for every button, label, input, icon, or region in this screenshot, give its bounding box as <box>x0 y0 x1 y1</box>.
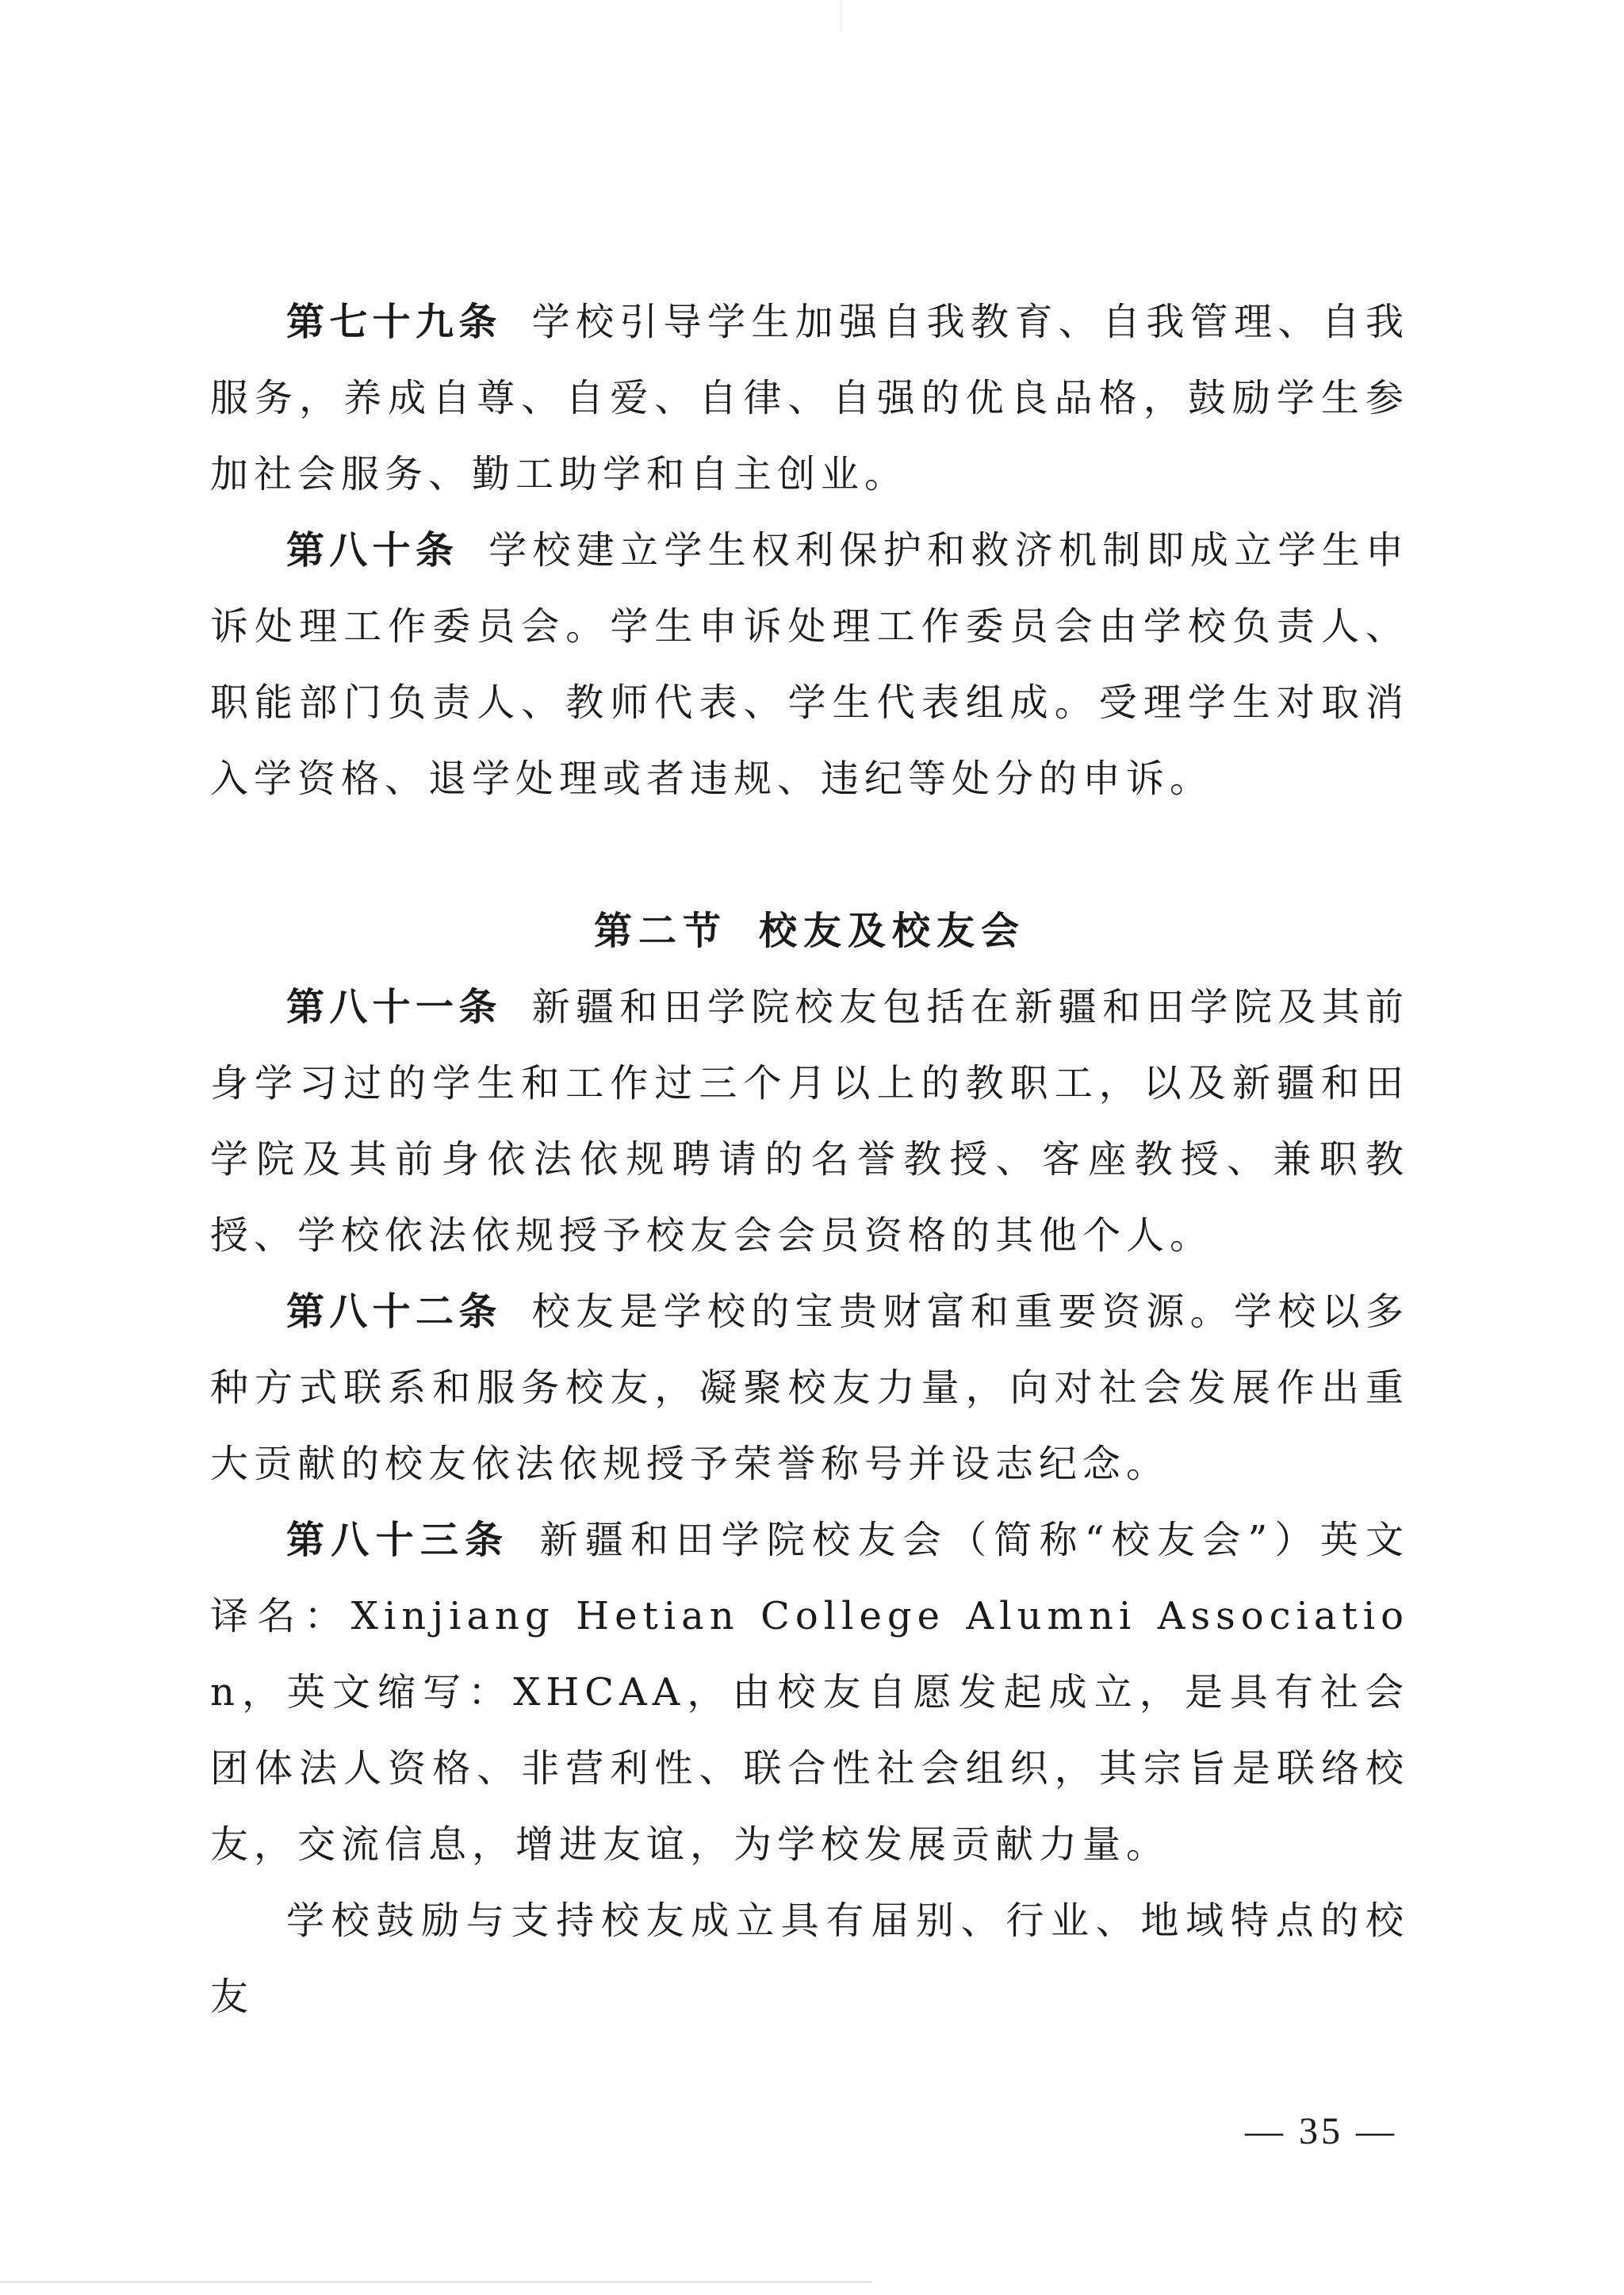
article-number: 第八十二条 <box>286 1289 502 1334</box>
article-81: 第八十一条新疆和田学院校友包括在新疆和田学院及其前身学习过的学生和工作过三个月以… <box>210 969 1409 1274</box>
article-number: 第八十条 <box>286 528 458 573</box>
document-page: 第七十九条学校引导学生加强自我教育、自我管理、自我服务，养成自尊、自爱、自律、自… <box>210 284 1409 2035</box>
paragraph-text: 学校鼓励与支持校友成立具有届别、行业、地域特点的校友 <box>210 1898 1409 2019</box>
article-83: 第八十三条新疆和田学院校友会（简称“校友会”）英文译名：Xinjiang Het… <box>210 1502 1409 1883</box>
article-number: 第八十一条 <box>286 985 502 1029</box>
article-80: 第八十条学校建立学生权利保护和救济机制即成立学生申诉处理工作委员会。学生申诉处理… <box>210 512 1409 817</box>
article-number: 第八十三条 <box>286 1518 509 1562</box>
scan-artifact-line <box>0 2281 872 2283</box>
section-number: 第二节 <box>594 909 727 953</box>
scan-artifact <box>841 0 842 32</box>
article-82: 第八十二条校友是学校的宝贵财富和重要资源。学校以多种方式联系和服务校友，凝聚校友… <box>210 1274 1409 1502</box>
page-number: — 35 — <box>1245 2109 1397 2153</box>
continuation-paragraph: 学校鼓励与支持校友成立具有届别、行业、地域特点的校友 <box>210 1883 1409 2035</box>
article-79: 第七十九条学校引导学生加强自我教育、自我管理、自我服务，养成自尊、自爱、自律、自… <box>210 284 1409 512</box>
article-text: 新疆和田学院校友会（简称“校友会”）英文译名：Xinjiang Hetian C… <box>210 1518 1409 1867</box>
section-title: 校友及校友会 <box>759 909 1025 953</box>
section-heading: 第二节校友及校友会 <box>210 893 1409 969</box>
article-number: 第七十九条 <box>286 300 502 344</box>
